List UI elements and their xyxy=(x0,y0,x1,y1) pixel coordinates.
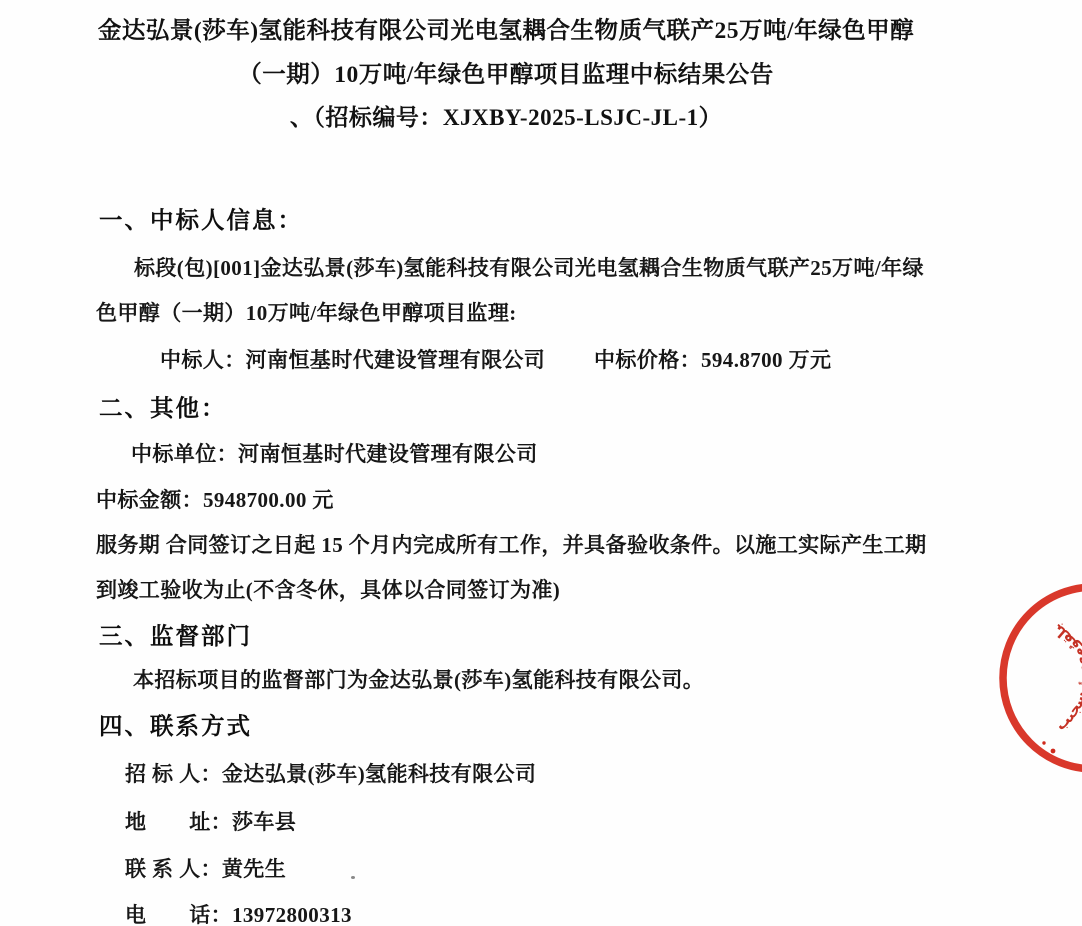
seal-speck-dot xyxy=(1042,741,1045,744)
winning-price: 中标价格：594.8700 万元 xyxy=(594,344,831,374)
winner-name: 中标人：河南恒基时代建设管理有限公司 xyxy=(160,344,545,374)
service-period-line-2: 到竣工验收为止(不含冬休，具体以合同签订为准) xyxy=(96,574,560,604)
contact-value: 黄先生 xyxy=(222,857,286,881)
section-heading-other: 二、其他： xyxy=(99,389,227,423)
contact-label: 地 址： xyxy=(125,810,232,834)
contact-row-tenderer: 招 标 人：金达弘景(莎车)氢能科技有限公司 xyxy=(125,758,536,788)
service-period-line-1: 服务期 合同签订之日起 15 个月内完成所有工作，并具备验收条件。以施工实际产生… xyxy=(96,529,927,559)
contact-row-person: 联 系 人：黄先生 xyxy=(125,853,286,883)
bid-package-paragraph-line-1: 标段(包)[001]金达弘景(莎车)氢能科技有限公司光电氢耦合生物质气联产25万… xyxy=(134,252,924,282)
tender-number-line: 、（招标编号：XJXBY-2025-LSJC-JL-1） xyxy=(0,99,1012,132)
seal-uyghur-text: ئىسنجبلقۇمھەرئىسجىب xyxy=(987,555,1082,734)
bid-package-paragraph-line-2: 色甲醇（一期）10万吨/年绿色甲醇项目监理: xyxy=(96,297,517,327)
section-heading-winner-info: 一、中标人信息： xyxy=(99,201,303,235)
contact-label: 招 标 人： xyxy=(125,762,222,786)
section-heading-supervision: 三、监督部门 xyxy=(99,617,252,651)
contact-row-address: 地 址：莎车县 xyxy=(125,806,296,836)
section-heading-contact: 四、联系方式 xyxy=(99,707,252,741)
winning-unit: 中标单位：河南恒基时代建设管理有限公司 xyxy=(131,438,538,468)
contact-value: 金达弘景(莎车)氢能科技有限公司 xyxy=(222,762,536,786)
seal-speck-dot xyxy=(1051,749,1056,754)
winning-amount: 中标金额：5948700.00 元 xyxy=(96,484,334,514)
scan-speck xyxy=(351,876,355,879)
contact-label: 联 系 人： xyxy=(125,857,222,881)
document-title-line-2: （一期）10万吨/年绿色甲醇项目监理中标结果公告 xyxy=(0,55,1012,89)
seal-uyghur-textpath: ئىسنجبلقۇمھەرئىسجىب xyxy=(987,555,1082,734)
contact-row-phone: 电 话：13972800313 xyxy=(125,899,352,926)
contact-value: 13972800313 xyxy=(232,903,352,926)
contact-value: 莎车县 xyxy=(232,810,296,834)
seal-outer-ring xyxy=(1003,587,1082,769)
document-title-line-1: 金达弘景(莎车)氢能科技有限公司光电氢耦合生物质气联产25万吨/年绿色甲醇 xyxy=(0,11,1012,45)
supervision-body: 本招标项目的监督部门为金达弘景(莎车)氢能科技有限公司。 xyxy=(133,664,704,694)
red-seal-stamp: ئىسنجبلقۇمھەرئىسجىب xyxy=(987,555,1082,805)
seal-icon: ئىسنجبلقۇمھەرئىسجىب xyxy=(987,555,1082,805)
scanned-announcement-document: 金达弘景(莎车)氢能科技有限公司光电氢耦合生物质气联产25万吨/年绿色甲醇 （一… xyxy=(0,0,1082,926)
contact-label: 电 话： xyxy=(125,903,232,926)
